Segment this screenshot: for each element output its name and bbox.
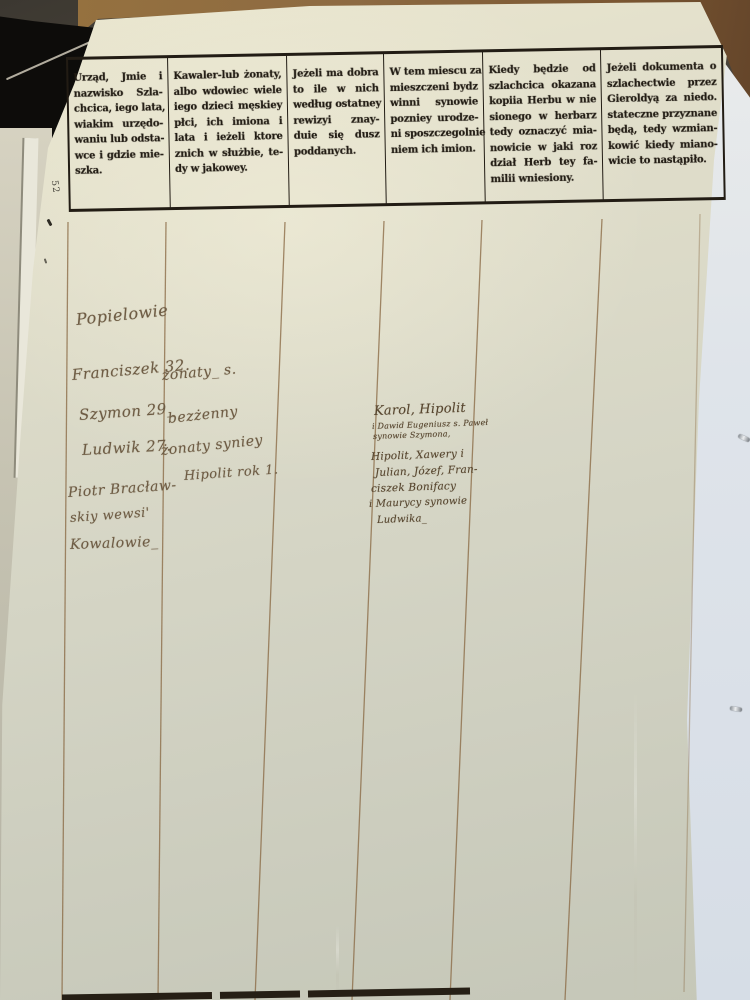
header-line: wce i gdzie mie- — [75, 147, 164, 164]
header-line: Jeżeli ma dobra — [292, 65, 378, 82]
header-line: niem ich imion. — [391, 141, 479, 158]
header-line: lata i ieżeli ktore — [174, 129, 282, 146]
header-line: wicie to nastąpiło. — [608, 152, 718, 170]
header-line: Jeżeli dokumenta o — [607, 59, 717, 77]
header-line: wiakim urzędo- — [74, 116, 163, 133]
header-line: chcica, iego lata, — [74, 100, 163, 117]
header-column-2: Kawaler-lub żonaty,albo wdowiec wieleieg… — [167, 56, 289, 207]
header-line: dy w jakowey. — [175, 160, 283, 177]
header-line: nazwisko Szla- — [74, 85, 163, 102]
header-line: to ile w nich — [293, 81, 379, 98]
header-line: rewizyi znay- — [293, 112, 379, 129]
header-line: kopiia Herbu w nie — [489, 92, 596, 109]
header-line: winni synowie — [390, 94, 478, 111]
handwritten-entry: Kowalowie_ — [70, 534, 159, 553]
header-line: tedy oznaczyć mia- — [490, 123, 597, 140]
header-line: będą, tedy wzmian- — [608, 121, 718, 139]
header-line: poddanych. — [294, 143, 380, 160]
header-line: milii wniesiony. — [490, 170, 597, 187]
header-line: mieszczeni bydz — [390, 79, 478, 96]
header-line: według ostatney — [293, 96, 379, 113]
header-column-3: Jeżeli ma dobrato ile w nichwedług ostat… — [286, 54, 386, 205]
header-line: znich w służbie, te- — [175, 145, 283, 162]
handwritten-entry: Karol, Hipolit — [374, 401, 466, 419]
header-column-5: Kiedy będzie odszlachcica okazanakopiia … — [482, 50, 603, 201]
header-column-1: Urząd, Jmie inazwisko Szla-chcica, iego … — [68, 58, 170, 209]
header-line: dział Herb tey fa- — [490, 154, 597, 171]
header-column-4: W tem miescu zamieszczeni bydzwinni syno… — [383, 52, 485, 203]
header-line: szka. — [75, 162, 164, 179]
header-line: W tem miescu za — [389, 63, 477, 80]
header-line: Kawaler-lub żonaty, — [173, 67, 281, 84]
archive-photo: 52 Urząd, Jmie inazwisko Szla-chcica, ie… — [0, 0, 750, 1000]
header-line: waniu lub odsta- — [74, 131, 163, 148]
header-line: Kiedy będzie od — [488, 61, 595, 78]
header-column-6: Jeżeli dokumenta oszlachectwie przezGier… — [600, 48, 723, 199]
table-header: Urząd, Jmie inazwisko Szla-chcica, iego … — [66, 45, 726, 212]
header-line: pozniey urodze- — [390, 110, 478, 127]
handwritten-entry: Ludwika_ — [377, 513, 427, 526]
header-line: duie się dusz — [294, 127, 380, 144]
header-line: Gieroldyą za niedo. — [607, 90, 717, 108]
header-line: ni sposzczegolnie — [391, 125, 479, 142]
header-line: iego dzieci męskiey — [174, 98, 282, 115]
header-line: Urząd, Jmie i — [73, 69, 162, 86]
